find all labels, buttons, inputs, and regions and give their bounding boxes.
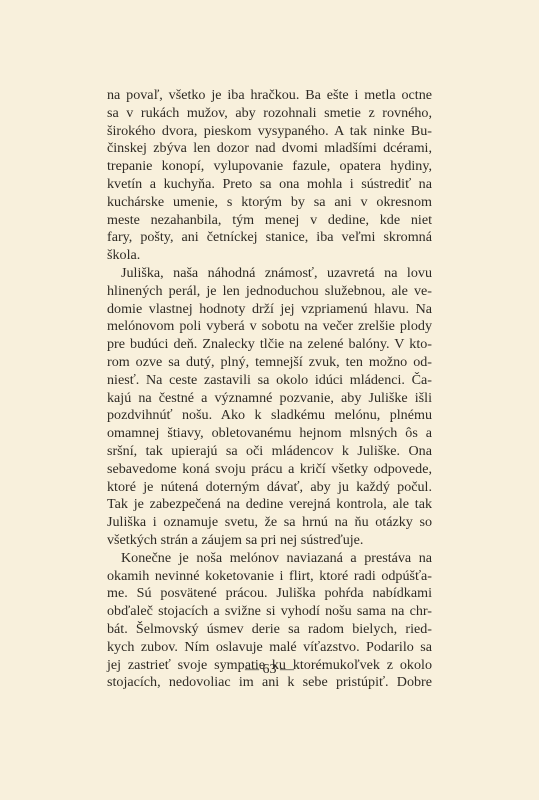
book-page: na povaľ, všetko je iba hračkou. Ba ešte… [0, 0, 539, 800]
text-line: fary, pošty, ani četníckej stanice, iba … [107, 229, 432, 247]
page-number: — 63 — [0, 662, 539, 678]
text-line: hlinených perál, je len jednoduchou služ… [107, 283, 432, 301]
text-line: kajú na čestné a významné pozvanie, aby … [107, 390, 432, 408]
text-line: širokého dvora, pieskom vysypaného. A ta… [107, 123, 432, 141]
text-line: škola. [107, 247, 432, 265]
text-line: omamnej štiavy, obletovanému hejnom mlsn… [107, 425, 432, 443]
text-line: sršní, tak upierajú sa oči mládencov k J… [107, 443, 432, 461]
text-line: Tak je zabezpečená na dedine verejná kon… [107, 496, 432, 514]
text-line: melónovom poli vyberá v sobotu na večer … [107, 318, 432, 336]
text-line: okamih nevinné koketovanie i flirt, ktor… [107, 568, 432, 586]
text-line: pozdvihnúť nošu. Ako k sladkému melónu, … [107, 407, 432, 425]
text-line: bát. Šelmovský úsmev derie sa radom biel… [107, 621, 432, 639]
text-line: pre budúci deň. Znalecky tlčie na zelené… [107, 336, 432, 354]
text-line: na povaľ, všetko je iba hračkou. Ba ešte… [107, 87, 432, 105]
text-line: obďaleč stojacích a svižne si vyhodí noš… [107, 603, 432, 621]
text-line: kych zubov. Ním oslavuje malé víťazstvo.… [107, 639, 432, 657]
text-line: niesť. Na ceste zastavili sa okolo idúci… [107, 372, 432, 390]
text-line: Juliška, naša náhodná známosť, uzavretá … [107, 265, 432, 283]
text-line: Juliška i oznamuje svetu, že sa hrnú na … [107, 514, 432, 532]
text-line: sa v rukách mužov, aby rozohnali smetie … [107, 105, 432, 123]
text-line: všetkých strán a záujem sa pri nej sústr… [107, 532, 432, 550]
paragraph: Juliška, naša náhodná známosť, uzavretá … [107, 265, 432, 550]
text-line: meste nezahanbila, tým menej v dedine, k… [107, 212, 432, 230]
body-text: na povaľ, všetko je iba hračkou. Ba ešte… [107, 87, 432, 692]
text-line: Konečne je noša melónov naviazaná a pres… [107, 550, 432, 568]
text-line: trepanie konopí, vylupovanie fazule, opa… [107, 158, 432, 176]
text-line: ktoré je nútená doterným dávať, aby ju k… [107, 479, 432, 497]
text-line: sebavedome koná svoju prácu a kričí všet… [107, 461, 432, 479]
text-line: rom ozve sa dutý, plný, temnejší zvuk, t… [107, 354, 432, 372]
text-line: domie vlastnej hodnoty drží jej vzpriame… [107, 301, 432, 319]
text-line: me. Sú posvätené prácou. Juliška pohŕda … [107, 585, 432, 603]
text-line: kvetín a kuchyňa. Preto sa ona mohla i s… [107, 176, 432, 194]
text-line: činskej zbýva len dozor nad dvomi mladší… [107, 140, 432, 158]
paragraph: na povaľ, všetko je iba hračkou. Ba ešte… [107, 87, 432, 265]
text-line: kuchárske umenie, s ktorým by sa ani v o… [107, 194, 432, 212]
